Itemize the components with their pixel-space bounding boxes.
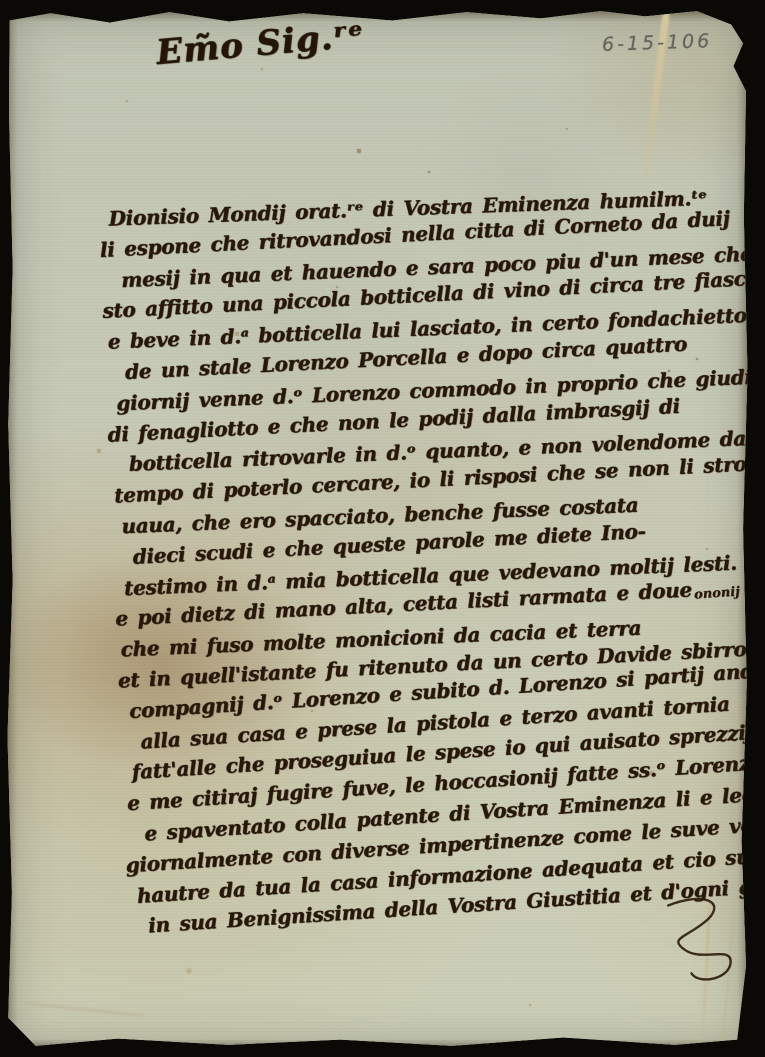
letter-body: Dionisio Mondij orat.ʳᵉ di Vostra Eminen… (98, 177, 765, 942)
salutation: Em̃o Sig.ʳᵉ (155, 15, 366, 73)
manuscript-paper: Em̃o Sig.ʳᵉ 6-15-106 Dionisio Mondij ora… (6, 8, 749, 1049)
foxing-specks (6, 8, 8, 10)
crease-bottom-left (24, 1002, 144, 1018)
signature-flourish-icon (653, 886, 753, 995)
archive-number: 6-15-106 (602, 30, 713, 56)
interlinear-insertion: ononij (694, 584, 741, 602)
